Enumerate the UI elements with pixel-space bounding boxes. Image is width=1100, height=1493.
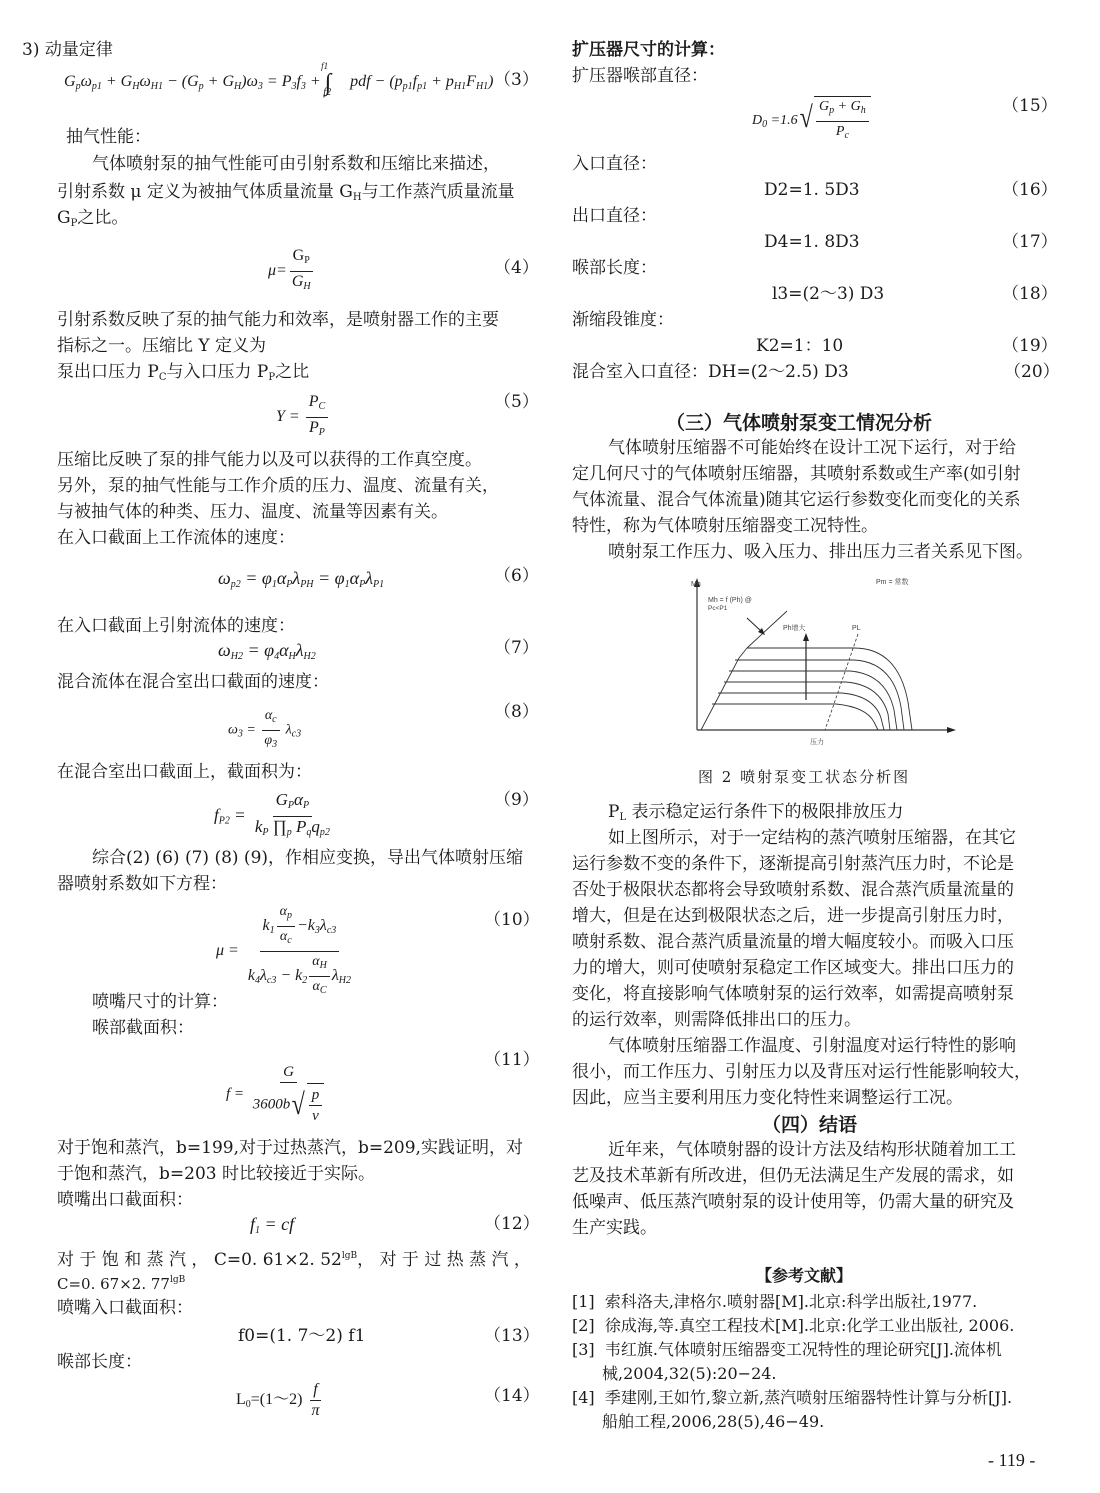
constant-label: Pm = 常数 (876, 577, 908, 586)
reference-item: [1] 索科洛夫,津格尔.喷射器[M].北京:科学出版社,1977. (572, 1290, 977, 1314)
equation-4: μ=GPGH (268, 246, 316, 297)
equation-number-4: （4） (494, 256, 539, 280)
paragraph-line: 艺及技术革新有所改进，但仍无法满足生产发展的需求，如 (572, 1164, 1014, 1188)
paragraph-line: 压缩比反映了泵的排气能力以及可以获得的工作真空度。 (57, 448, 482, 472)
page-number: - 119 - (988, 1450, 1035, 1471)
eq8-label: 混合流体在混合室出口截面的速度： (57, 670, 329, 694)
section-four-heading: （四）结语 (762, 1110, 857, 1137)
equation-number-8: （8） (494, 700, 539, 724)
equation-11: f = G3600b√pv (226, 1062, 329, 1127)
paragraph-line: 增大，但是在达到极限状态之后，进一步提高引射压力时， (572, 904, 1014, 928)
equation-6: ωp2 = φ1αPλPH = φ1αPλP1 (218, 568, 384, 590)
nozzle-exit-label: 喷嘴出口截面积： (57, 1188, 193, 1212)
equation-18: l3=(2～3) D3 (772, 282, 884, 306)
throat-length-label: 喉部长度： (57, 1350, 142, 1374)
throat-length-label-right: 喉部长度： (572, 256, 657, 280)
figure-caption: 图 2 喷射泵变工状态分析图 (698, 766, 910, 787)
equation-number-5: （5） (494, 390, 539, 414)
condition-label: Pc<P1 (708, 605, 728, 612)
paragraph-line: 定几何尺寸的气体喷射压缩器，其喷射系数或生产率(如引射 (572, 462, 1021, 486)
paragraph-line: 运行参数不变的条件下，逐渐提高引射蒸汽压力时，不论是 (572, 852, 1014, 876)
references-heading: 【参考文献】 (756, 1264, 852, 1288)
throat-area-label: 喉部截面积： (92, 1016, 194, 1040)
paragraph-line: 气体喷射泵的抽气性能可由引射系数和压缩比来描述， (92, 152, 500, 176)
paragraph-line: 对于饱和蒸汽，b=199,对于过热蒸汽，b=209,实践证明，对 (57, 1136, 523, 1160)
paragraph-line: 因此，应当主要利用压力变化特性来调整运行工况。 (572, 1086, 963, 1110)
paragraph-line: 泵出口压力 PC与入口压力 PP之比 (57, 360, 309, 390)
diffuser-calc-title: 扩压器尺寸的计算： (572, 38, 725, 62)
equation-15: D0 =1.6√Gp + GhPc (752, 96, 871, 146)
equation-number-6: （6） (494, 564, 539, 588)
paragraph-line: 的运行效率，则需降低排出口的压力。 (572, 1008, 861, 1032)
equation-number-12: （12） (484, 1212, 540, 1236)
equation-3: Gpωp1 + GHωH1 − (Gp + GH)ω3 = P3f3 + ∫f2… (64, 70, 494, 97)
paragraph-line: 如上图所示，对于一定结构的蒸汽喷射压缩器，在其它 (608, 826, 1016, 850)
paragraph-line: 喷射泵工作压力、吸入压力、排出压力三者关系见下图。 (608, 540, 1033, 564)
paragraph-line: 特性，称为气体喷射压缩器变工况特性。 (572, 514, 878, 538)
paragraph-line: 力的增大，则可使喷射泵稳定工作区域变大。排出口压力的 (572, 956, 1014, 980)
paragraph-line: 指标之一。压缩比 Y 定义为 (57, 334, 266, 358)
equation-12: f1 = cf (250, 1214, 294, 1236)
limit-label: PL (852, 625, 861, 632)
paragraph-line: 低噪声、低压蒸汽喷射泵的设计使用等，仍需大量的研究及 (572, 1190, 1014, 1214)
eq7-label: 在入口截面上引射流体的速度： (57, 614, 295, 638)
arrow-label: Ph增大 (783, 623, 806, 632)
equation-number-14: （14） (484, 1384, 540, 1408)
equation-19: K2=1：10 (756, 334, 843, 358)
pumping-performance-label: 抽气性能： (66, 125, 151, 149)
equation-number-13: （13） (484, 1324, 540, 1348)
equation-number-10: （10） (484, 908, 540, 932)
paragraph-line: 于饱和蒸汽，b=203 时比较接近于实际。 (57, 1162, 375, 1186)
x-axis-label: 压力 (810, 737, 824, 746)
nozzle-calc-label: 喷嘴尺寸的计算： (92, 990, 228, 1014)
reference-item-continued: 船舶工程,2006,28(5),46−49. (602, 1410, 824, 1434)
function-label: Mh = f (Ph) @ (708, 597, 752, 604)
equation-5: Y = PCPP (276, 392, 330, 443)
equation-number-9: （9） (494, 788, 539, 812)
performance-diagram: Mh Pm = 常数 Mh = f (Ph) @ Pc<P1 Ph增大 PL 压… (688, 572, 956, 748)
paragraph-line: 器喷射系数如下方程： (57, 872, 227, 896)
reference-item: [2] 徐成海,等.真空工程技术[M].北京:化学工业出版社, 2006. (572, 1314, 1014, 1338)
equation-14: L0=(1～2) fπ (236, 1380, 324, 1421)
equation-number-3: （3） (494, 68, 539, 92)
equation-8: ω3 = αcφ3 λc3 (228, 706, 301, 755)
equation-16: D2=1. 5D3 (764, 178, 860, 202)
equation-number-17: （17） (1002, 230, 1058, 254)
nozzle-inlet-label: 喷嘴入口截面积： (57, 1296, 193, 1320)
equation-number-11: （11） (484, 1048, 540, 1072)
outlet-diameter-label: 出口直径： (572, 204, 657, 228)
equation-number-18: （18） (1002, 282, 1058, 306)
paragraph-line: 近年来，气体喷射器的设计方法及结构形状随着加工工 (608, 1138, 1016, 1162)
section-momentum-title: 3) 动量定律 (22, 38, 113, 62)
paragraph-line: 引射系数反映了泵的抽气能力和效率，是喷射器工作的主要 (57, 308, 499, 332)
paragraph-line: 在入口截面上工作流体的速度： (57, 526, 295, 550)
paragraph-line: GP之比。 (57, 206, 128, 236)
equation-number-16: （16） (1002, 178, 1058, 202)
paragraph-line: 生产实践。 (572, 1216, 657, 1240)
equation-13: f0=(1. 7～2) f1 (238, 1324, 365, 1348)
paragraph-line: 气体喷射压缩器不可能始终在设计工况下运行，对于给 (608, 436, 1016, 460)
section-three-heading: （三）气体喷射泵变工情况分析 (666, 408, 932, 435)
reference-item-continued: 械,2004,32(5):20−24. (602, 1362, 777, 1386)
paragraph-line: 很小，而工作压力、引射压力以及背压对运行性能影响较大， (572, 1060, 1031, 1084)
reference-item: [4] 季建刚,王如竹,黎立新,蒸汽喷射压缩器特性计算与分析[J]. (572, 1386, 1012, 1410)
equation-number-19: （19） (1002, 334, 1058, 358)
mixing-chamber-inlet: 混合室入口直径：DH=(2～2.5) D3 (572, 360, 849, 384)
paragraph-line: C=0. 67×2. 77lgB (57, 1268, 185, 1296)
paragraph-line: 另外，泵的抽气性能与工作介质的压力、温度、流量有关， (57, 474, 499, 498)
equation-17: D4=1. 8D3 (764, 230, 860, 254)
equation-number-7: （7） (494, 636, 539, 660)
eq9-label: 在混合室出口截面上，截面积为： (57, 760, 312, 784)
paragraph-line: 否处于极限状态都将会导致喷射系数、混合蒸汽质量流量的 (572, 878, 1014, 902)
diffuser-throat-label: 扩压器喉部直径： (572, 64, 708, 88)
equation-number-20: （20） (1004, 360, 1060, 384)
y-axis-label: Mh (691, 581, 701, 588)
paragraph-line: 气体流量、混合气体流量)随其它运行参数变化而变化的关系 (572, 488, 1021, 512)
paragraph-line: 喷射系数、混合蒸汽质量流量的增大幅度较小。而吸入口压 (572, 930, 1014, 954)
inlet-diameter-label: 入口直径： (572, 152, 657, 176)
equation-9: fP2 = GPαPkP ∏p Pqqp2 (214, 790, 335, 843)
paragraph-line: 气体喷射压缩器工作温度、引射温度对运行特性的影响 (608, 1034, 1016, 1058)
equation-7: ωH2 = φ4αHλH2 (218, 640, 316, 662)
taper-label: 渐缩段锥度： (572, 308, 674, 332)
paragraph-line: 变化，将直接影响气体喷射泵的运行效率，如需提高喷射泵 (572, 982, 1014, 1006)
equation-number-15: （15） (1002, 94, 1058, 118)
paragraph-line: 综合(2) (6) (7) (8) (9)，作相应变换，导出气体喷射压缩 (92, 846, 523, 870)
paragraph-line: 与被抽气体的种类、压力、温度、流量等因素有关。 (57, 500, 448, 524)
equation-10: μ = k1αpαc−k3λc3k4λc3 − k2αHαCλH2 (216, 902, 356, 1001)
reference-item: [3] 韦红旗.气体喷射压缩器变工况特性的理论研究[J].流体机 (572, 1338, 1002, 1362)
